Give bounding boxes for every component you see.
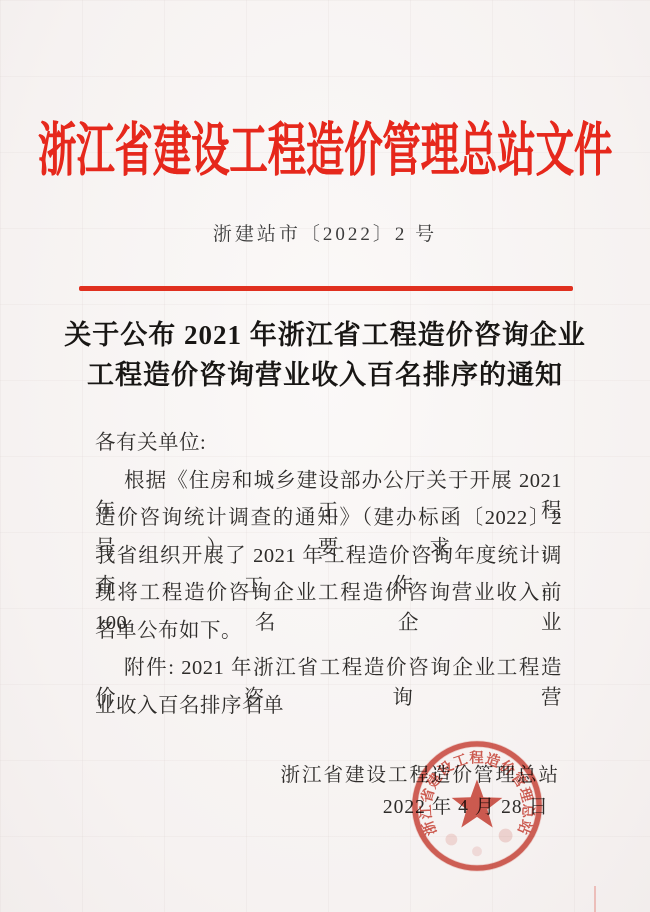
red-separator-rule <box>79 286 573 291</box>
attachment-line: 附件: 2021 年浙江省工程造价咨询企业工程造价咨询营 <box>95 653 562 691</box>
body-line: 造价咨询统计调查的通知》（建办标函〔2022〕2 号）要求， <box>95 503 562 541</box>
official-seal: 浙江省建设工程造价管理总站 <box>408 737 546 875</box>
seal-graphic: 浙江省建设工程造价管理总站 <box>408 737 546 875</box>
salutation-line: 各有关单位: <box>95 428 562 466</box>
masthead-title: 浙江省建设工程造价管理总站文件 <box>38 118 612 184</box>
document-page: 浙江省建设工程造价管理总站文件 浙建站市〔2022〕2 号 关于公布 2021 … <box>0 0 650 912</box>
document-number: 浙建站市〔2022〕2 号 <box>0 219 650 246</box>
document-title-line-2: 工程造价咨询营业收入百名排序的通知 <box>0 355 650 395</box>
document-title: 关于公布 2021 年浙江省工程造价咨询企业 工程造价咨询营业收入百名排序的通知 <box>0 315 650 395</box>
document-title-line-1: 关于公布 2021 年浙江省工程造价咨询企业 <box>0 315 650 355</box>
body-line: 现将工程造价咨询企业工程造价咨询营业收入前 100 名企业 <box>95 578 562 616</box>
body-line: 根据《住房和城乡建设部办公厅关于开展 2021 年工程 <box>95 466 562 504</box>
body-text: 各有关单位: 根据《住房和城乡建设部办公厅关于开展 2021 年工程 造价咨询统… <box>95 428 562 728</box>
seal-star-icon <box>452 779 503 827</box>
body-line: 我省组织开展了 2021 年工程造价咨询年度统计调查工作， <box>95 541 562 579</box>
scan-artifact-mark <box>594 886 596 912</box>
